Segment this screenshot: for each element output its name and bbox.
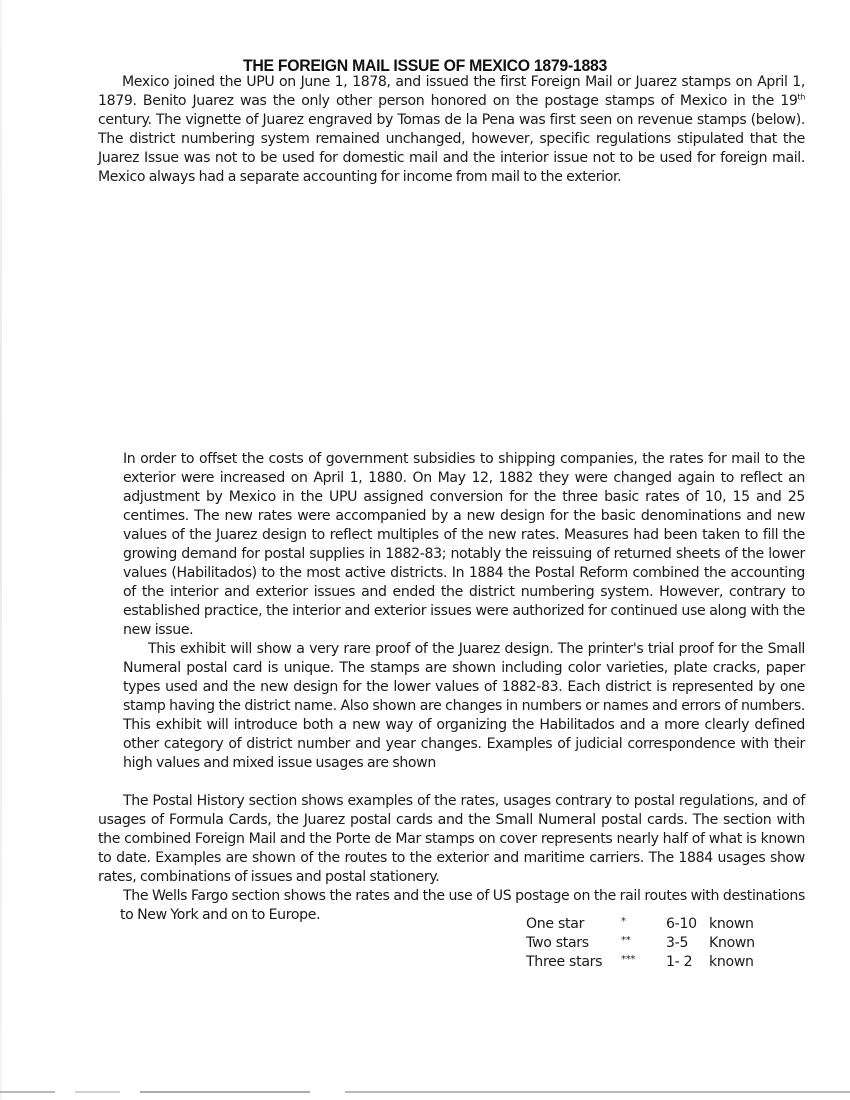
legend-row-two-stars: Two stars ** 3-5 Known (526, 934, 755, 953)
legend-label: Two stars (526, 934, 621, 953)
legend-label: Three stars (526, 953, 621, 972)
star-icon: * (621, 915, 666, 934)
intro-text-start: Mexico joined the UPU on June 1, 1878, a… (98, 74, 805, 109)
ordinal-suffix: th (797, 92, 805, 101)
legend-range: 1- 2 (666, 953, 709, 972)
legend-range: 3-5 (666, 934, 709, 953)
rarity-legend: One star * 6-10 known Two stars ** 3-5 K… (526, 915, 755, 972)
legend-known: known (709, 953, 754, 972)
legend-range: 6-10 (666, 915, 709, 934)
rates-paragraph: In order to offset the costs of governme… (123, 450, 805, 640)
page-bottom-edge (0, 1091, 850, 1093)
legend-known: Known (709, 934, 755, 953)
star-icon: ** (621, 934, 666, 953)
postal-history-paragraph: The Postal History section shows example… (98, 792, 805, 887)
exhibit-paragraph: This exhibit will show a very rare proof… (123, 640, 805, 773)
legend-label: One star (526, 915, 621, 934)
legend-row-one-star: One star * 6-10 known (526, 915, 755, 934)
legend-known: known (709, 915, 754, 934)
star-icon: *** (621, 953, 666, 972)
intro-paragraph: Mexico joined the UPU on June 1, 1878, a… (98, 73, 805, 187)
legend-row-three-stars: Three stars *** 1- 2 known (526, 953, 755, 972)
intro-text-end: century. The vignette of Juarez engraved… (98, 112, 805, 185)
page-left-edge (0, 0, 2, 1100)
